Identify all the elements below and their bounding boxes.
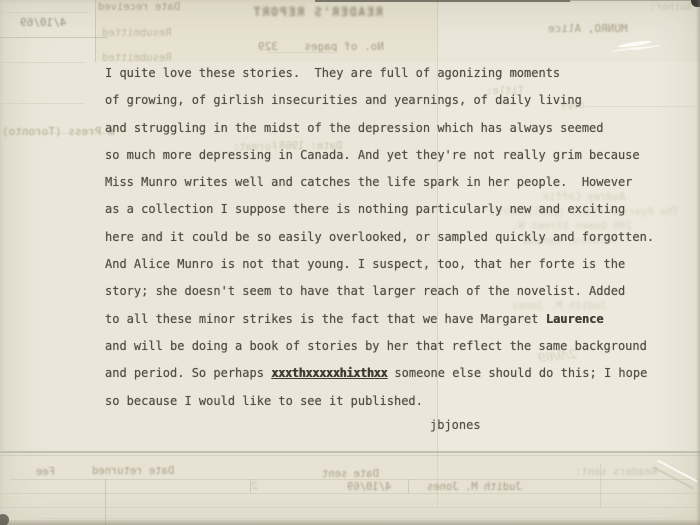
- bleedthrough-pages-line: No. of pages 329: [258, 41, 384, 52]
- reviewer-signature: jbjones: [430, 418, 481, 432]
- form-rule: [0, 37, 108, 38]
- form-rule-vertical: [600, 464, 601, 507]
- bleedthrough-date-received-label: Date received: [98, 2, 180, 13]
- scan-edge-shadow: [696, 0, 700, 525]
- corner-nick: [691, 0, 700, 7]
- typed-line: and struggling in the midst of the depre…: [105, 115, 654, 142]
- typed-segment: and will be doing a book of stories by h…: [105, 339, 647, 353]
- typed-segment-struck: xxxthxxxxxhixthxx: [271, 366, 387, 380]
- typed-line: here and it could be so easily overlooke…: [105, 224, 654, 251]
- typed-line: so because I would like to see it publis…: [105, 388, 654, 415]
- typed-line: of growing, of girlish insecurities and …: [105, 87, 654, 114]
- bleedthrough-press-line: m Press (Toronto): [2, 126, 115, 137]
- typed-segment: so much more depressing in Canada. And y…: [105, 148, 640, 162]
- bleedthrough-resubmitted-1: Resubmitted: [102, 28, 172, 39]
- typed-segment: I quite love these stories. They are ful…: [105, 66, 560, 80]
- typed-segment: and struggling in the midst of the depre…: [105, 121, 604, 135]
- bleedthrough-author-label: Author:: [650, 3, 692, 13]
- bleedthrough-date-sent-label: Date sent: [322, 469, 379, 480]
- bleedthrough-reader-name: Judith M. Jones: [427, 482, 522, 493]
- bleedthrough-bottom-date-value: 4/10/69: [347, 482, 391, 493]
- form-rule: [268, 52, 334, 53]
- form-rule-vertical: [408, 479, 409, 493]
- form-rule-vertical: [250, 479, 251, 493]
- typed-segment: as a collection I suppose there is nothi…: [105, 202, 625, 216]
- bleedthrough-author-value: MUNRO, Alice: [548, 23, 627, 34]
- form-rule: [10, 479, 700, 480]
- form-rule-heavy: [0, 451, 700, 453]
- form-rule-vertical: [437, 455, 438, 507]
- typed-segment: of growing, of girlish insecurities and …: [105, 93, 582, 107]
- typed-text: I quite love these stories. They are ful…: [105, 60, 654, 415]
- typed-segment: here and it could be so easily overlooke…: [105, 230, 654, 244]
- typed-line: and will be doing a book of stories by h…: [105, 333, 654, 360]
- form-rule: [0, 103, 85, 104]
- bleedthrough-date-returned-label: Date returned: [92, 466, 174, 477]
- bleedthrough-fee-mark: 2: [251, 481, 258, 492]
- scan-edge-line: [570, 0, 700, 1]
- bleedthrough-date-value: 4/10/69: [20, 17, 66, 28]
- typed-segment: so because I would like to see it publis…: [105, 394, 423, 408]
- typed-segment: Miss Munro writes well and catches the l…: [105, 175, 632, 189]
- typed-line: And Alice Munro is not that young. I sus…: [105, 251, 654, 278]
- typed-segment: someone else should do this; I hope: [387, 366, 647, 380]
- bleedthrough-readers-label: Readers sent:: [575, 467, 657, 478]
- typed-line: and period. So perhaps xxxthxxxxxhixthxx…: [105, 360, 654, 387]
- form-rule: [0, 133, 110, 134]
- typed-segment: to all these minor strikes is the fact t…: [105, 312, 546, 326]
- typed-segment: story; she doesn't seem to have that lar…: [105, 284, 625, 298]
- scan-edge-line: [315, 0, 570, 2]
- form-rule: [0, 62, 85, 63]
- typed-line: so much more depressing in Canada. And y…: [105, 142, 654, 169]
- typed-segment: and period. So perhaps: [105, 366, 271, 380]
- corner-nick: [0, 514, 9, 525]
- bleedthrough-report-header: READER'S REPORT: [252, 6, 383, 18]
- typed-line: as a collection I suppose there is nothi…: [105, 196, 654, 223]
- typed-line: Miss Munro writes well and catches the l…: [105, 169, 654, 196]
- typed-line: I quite love these stories. They are ful…: [105, 60, 654, 87]
- form-rule: [0, 455, 700, 456]
- bleedthrough-fee-label: Fee: [36, 467, 55, 478]
- paper-crease: [618, 40, 652, 49]
- typed-segment: And Alice Munro is not that young. I sus…: [105, 257, 625, 271]
- form-rule: [35, 518, 700, 519]
- typed-segment-overtyped: Laurence: [546, 312, 604, 326]
- typed-line: to all these minor strikes is the fact t…: [105, 306, 654, 333]
- form-rule: [0, 12, 88, 13]
- scanned-document-page: Date received 4/10/69 Resubmitted Resubm…: [0, 0, 700, 525]
- typed-line: story; she doesn't seem to have that lar…: [105, 278, 654, 305]
- form-rule-vertical: [95, 0, 96, 62]
- form-rule-vertical: [105, 479, 106, 525]
